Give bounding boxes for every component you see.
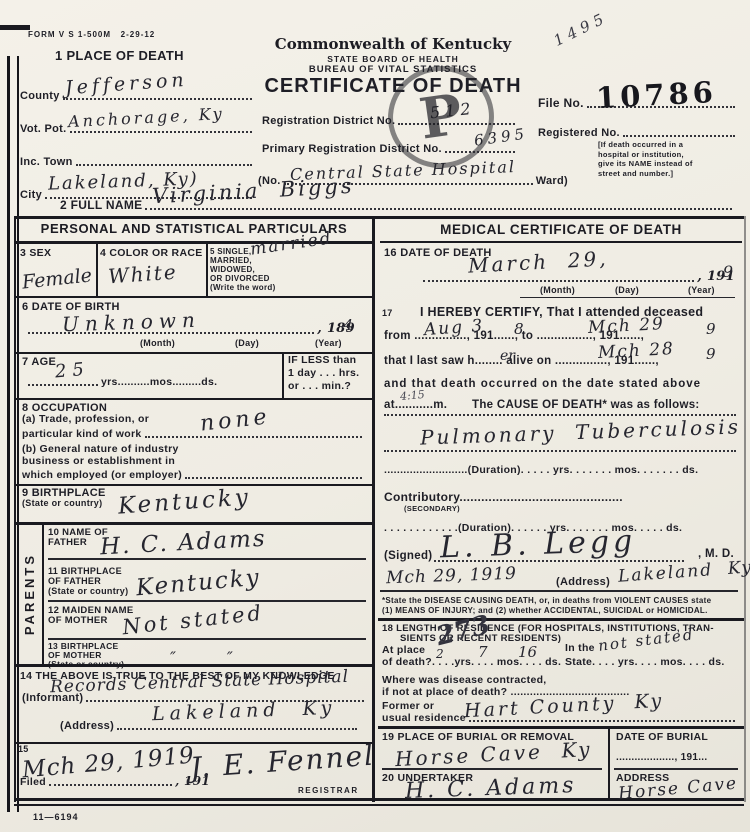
medical-section-title: MEDICAL CERTIFICATE OF DEATH <box>380 222 742 243</box>
attended-to-value: Mch 29 <box>588 316 666 337</box>
precinct-value-handwritten: Anchorage, Ky <box>68 106 225 130</box>
informant-address-dots <box>117 727 357 730</box>
scan-edge-left <box>7 56 19 812</box>
at-place-label: At place <box>382 644 425 656</box>
birthplace-sublabel: (State or country) <box>22 498 102 508</box>
date-of-death-dots <box>423 279 694 282</box>
age-value: 25 <box>54 361 90 382</box>
occupation-a-value: none <box>199 406 272 435</box>
columns-top-rule <box>14 216 744 219</box>
dob-year-handwritten: 4 <box>343 318 353 333</box>
dob-line-row: , 189 4 <box>25 320 355 336</box>
precinct-row: Vot. Pot. Anchorage, Ky <box>20 119 255 135</box>
rule-under-signature <box>380 590 738 592</box>
registered-no-label: Registered No. <box>538 127 620 139</box>
burial-divider <box>608 726 610 800</box>
inc-town-dotted-line <box>76 163 252 166</box>
violent-causes-footnote: *State the DISEASE CAUSING DEATH, or, in… <box>382 596 742 616</box>
hospital-note: [If death occurred in a hospital or inst… <box>598 140 744 178</box>
plate-number: 11—6194 <box>33 812 79 822</box>
occupation-b1: (b) General nature of industry <box>22 443 179 455</box>
age-less-box: IF LESS than 1 day . . . hrs. or . . . m… <box>282 352 374 398</box>
date-of-death-line: , 191 9 <box>420 268 735 284</box>
form-code: FORM V S 1-500M 2-29-12 <box>28 30 155 39</box>
file-no-value: 10786 <box>595 75 718 115</box>
burial-place-line <box>382 768 602 770</box>
in-the-label: In the <box>565 642 595 654</box>
precinct-label: Vot. Pot. <box>20 123 67 135</box>
sex-label: 3 SEX <box>20 247 51 259</box>
rule-under-sex-row <box>16 296 372 298</box>
dob-day-sublabel: (Day) <box>235 338 259 348</box>
informant-address-row: (Address) Lakeland Ky <box>60 716 360 732</box>
time-of-death-value: 4:15 <box>400 389 426 402</box>
last-saw-date-value: Mch 28 <box>598 341 676 362</box>
commonwealth-title: Commonwealth of Kentucky <box>262 35 524 53</box>
contributory-label: Contributory............................… <box>384 490 623 504</box>
registration-district-label: Registration District No. <box>262 115 395 127</box>
father-birthplace-line <box>48 600 366 602</box>
father-name-value: H. C. Adams <box>100 528 268 560</box>
inc-town-row: Inc. Town <box>20 152 255 168</box>
rule-above-burial <box>378 726 744 729</box>
occupation-b3-row: which employed (or employer) <box>22 467 365 481</box>
p-stamp-letter: P <box>416 81 467 152</box>
former-residence-row: usual residence Hart County Ky <box>382 710 738 724</box>
marital-cell: 5 SINGLE, MARRIED, WIDOWED, OR DIVORCED … <box>206 244 372 296</box>
cause-dotted-line-2 <box>384 450 736 452</box>
secondary-sublabel: (SECONDARY) <box>404 504 460 513</box>
bottom-rule-2 <box>14 804 744 806</box>
burial-date-label: DATE OF BURIAL <box>616 731 708 743</box>
signature-date-value: Mch 29, 1919 <box>386 566 517 588</box>
registrar-label: REGISTRAR <box>298 786 359 795</box>
father-name-line <box>48 558 366 560</box>
state-board-line: STATE BOARD OF HEALTH <box>262 54 524 64</box>
right-column-edge <box>744 216 746 802</box>
birthplace-value: Kentucky <box>117 486 251 518</box>
signature-address-label: (Address) <box>556 576 610 588</box>
county-value-handwritten: Jefferson <box>64 71 188 99</box>
occupation-a2-row: particular kind of work none <box>22 426 365 440</box>
residence-years-value: 2 <box>436 648 444 660</box>
left-column-edge <box>14 216 16 802</box>
rule-under-age <box>16 398 372 400</box>
mother-maiden-line <box>48 638 366 640</box>
full-name-label: 2 FULL NAME <box>60 198 142 212</box>
duration-line-1: ..........................(Duration). . … <box>384 464 698 476</box>
former-residence-label-2: usual residence <box>382 712 466 724</box>
dod-day-sublabel: (Day) <box>615 285 639 295</box>
father-birthplace-label: 11 BIRTHPLACE OF FATHER (State or countr… <box>48 566 128 596</box>
age-less-note: IF LESS than 1 day . . . hrs. or . . . m… <box>288 354 359 393</box>
corner-scribble: 1495 <box>552 10 611 49</box>
state-units-line: State. . . . yrs. . . . mos. . . . ds. <box>565 656 725 668</box>
dod-month-sublabel: (Month) <box>540 285 575 295</box>
sex-cell: 3 SEX Female <box>16 244 98 296</box>
rule-under-dod <box>520 297 735 298</box>
full-name-dots <box>145 207 732 210</box>
city-label: City <box>20 189 42 201</box>
age-dots <box>28 383 98 386</box>
occupation-b3: which employed (or employer) <box>22 469 182 481</box>
attended-from-value: Aug 3 <box>423 318 484 339</box>
informant-address-label: (Address) <box>60 720 114 732</box>
parents-strip: PARENTS <box>16 525 44 664</box>
age-label: 7 AGE <box>22 356 56 368</box>
last-saw-pronoun-hw: er <box>500 349 515 363</box>
burial-date-line: ..................., 191... <box>616 752 707 763</box>
occupation-a1: (a) Trade, profession, or <box>22 413 149 425</box>
full-name-row: 2 FULL NAME Virginia Biggs <box>60 196 735 212</box>
burial-place-value: Horse Cave Ky <box>395 739 593 769</box>
date-of-death-year-hw: 9 <box>723 264 733 280</box>
burial-date-rule <box>614 768 738 770</box>
rule-under-birthplace <box>16 522 372 525</box>
age-units: yrs..........mos.........ds. <box>101 376 217 388</box>
signature-address-value: Lakeland Ky <box>618 559 750 585</box>
residence-days-value: 16 <box>518 645 537 660</box>
mother-maiden-value: Not stated <box>121 603 265 639</box>
certify-number: 17 <box>382 308 393 318</box>
race-value: White <box>107 262 178 287</box>
precinct-dotted-line <box>70 130 253 133</box>
rule-under-occupation <box>16 484 372 486</box>
inc-town-label: Inc. Town <box>20 156 73 168</box>
informant-address-value: Lakeland Ky <box>152 699 337 724</box>
cause-of-death-value: Pulmonary Tuberculosis <box>420 416 741 447</box>
sex-value: Female <box>21 266 93 292</box>
attended-from-year-hw: 8 <box>514 322 524 337</box>
dob-year-sublabel: (Year) <box>315 338 342 348</box>
bureau-line: BUREAU OF VITAL STATISTICS <box>262 64 524 75</box>
occupation-a2: particular kind of work <box>22 428 142 440</box>
last-saw-year-hw: 9 <box>706 347 716 362</box>
filed-dots <box>49 783 172 786</box>
cause-of-death-intro: The CAUSE OF DEATH* was as follows: <box>472 399 700 411</box>
scan-edge-top <box>0 25 30 30</box>
dob-dots <box>28 331 314 334</box>
column-divider <box>372 216 375 802</box>
contracted-label-1: Where was disease contracted, <box>382 674 547 686</box>
occupation-a-dots <box>145 435 362 438</box>
death-certificate-scan: FORM V S 1-500M 2-29-12 1495 1 PLACE OF … <box>0 0 750 832</box>
age-line-row: yrs..........mos.........ds. 25 <box>25 372 275 388</box>
father-birthplace-value: Kentucky <box>135 567 261 601</box>
dob-month-sublabel: (Month) <box>140 338 175 348</box>
rule-under-footnote <box>378 618 744 621</box>
attended-to-year-hw: 9 <box>706 322 716 337</box>
registrar-signature: J. E. Fennel <box>189 742 376 783</box>
place-of-death-heading: 1 PLACE OF DEATH <box>55 48 184 63</box>
signed-label: (Signed) <box>384 550 432 562</box>
race-label: 4 COLOR OR RACE <box>100 247 203 259</box>
dod-year-sublabel: (Year) <box>688 285 715 295</box>
ward-label: Ward) <box>536 175 568 187</box>
undertaker-value: H. C. Adams <box>405 775 577 803</box>
county-label: County <box>20 90 60 102</box>
race-cell: 4 COLOR OR RACE White <box>96 244 208 296</box>
residence-months-value: 7 <box>478 645 488 660</box>
county-row: County Jefferson <box>20 86 255 102</box>
death-occurred-line: and that death occurred on the date stat… <box>384 378 701 390</box>
registered-no-row: Registered No. <box>538 124 738 139</box>
file-no-label: File No. <box>538 96 584 110</box>
occupation-b2: business or establishment in <box>22 455 175 467</box>
filed-number: 15 <box>18 744 29 754</box>
physician-signature: L. B. Legg <box>440 527 637 564</box>
parents-label: PARENTS <box>22 553 37 635</box>
occupation-b-dots <box>185 476 362 479</box>
registered-no-dots <box>623 134 735 137</box>
rule-under-parents <box>16 664 372 667</box>
